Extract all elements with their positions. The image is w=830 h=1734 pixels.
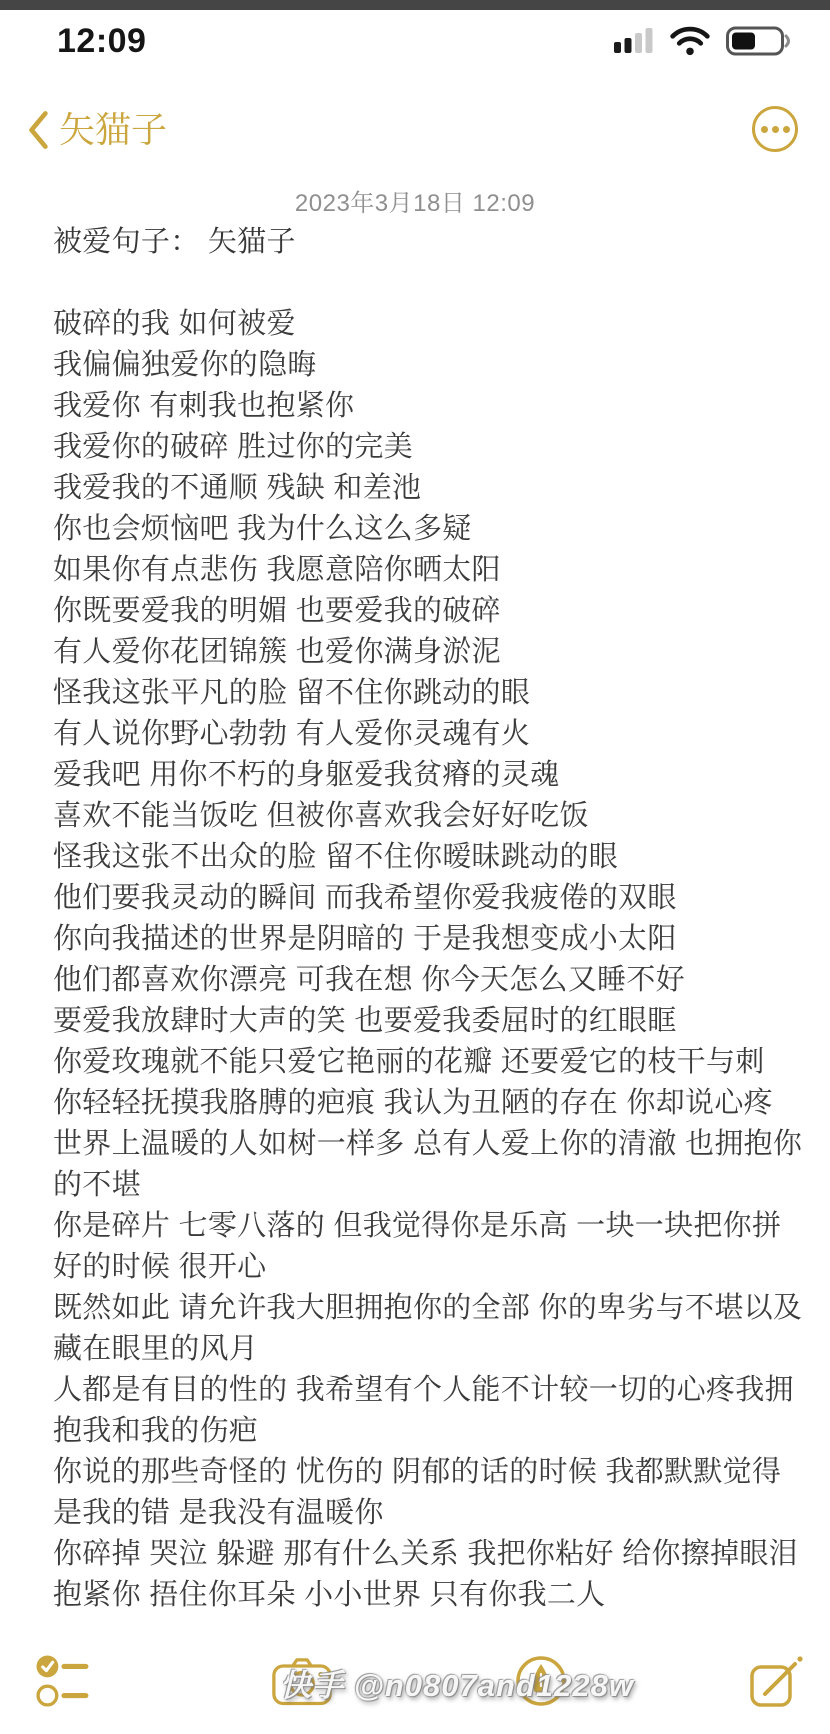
nav-bar: 矢猫子 bbox=[0, 100, 830, 160]
ellipsis-circle-icon bbox=[761, 126, 768, 133]
back-button-label: 矢猫子 bbox=[59, 102, 167, 158]
note-title: 被爱句子： 矢猫子 bbox=[53, 222, 805, 263]
note-line: 他们要我灵动的瞬间 而我希望你爱我疲倦的双眼 bbox=[53, 878, 805, 919]
note-line: 世界上温暖的人如树一样多 总有人爱上你的清澈 也拥抱你的不堪 bbox=[53, 1124, 805, 1206]
note-line: 我爱你的破碎 胜过你的完美 bbox=[53, 427, 805, 468]
checklist-button[interactable] bbox=[36, 1655, 90, 1707]
note-line: 我爱我的不通顺 残缺 和差池 bbox=[53, 468, 805, 509]
status-icons bbox=[614, 26, 792, 56]
note-line: 你也会烦恼吧 我为什么这么多疑 bbox=[53, 509, 805, 550]
note-line: 你说的那些奇怪的 忧伤的 阴郁的话的时候 我都默默觉得是我的错 是我没有温暖你 bbox=[53, 1452, 805, 1534]
status-bar: 12:09 bbox=[0, 12, 830, 70]
note-line: 人都是有目的性的 我希望有个人能不计较一切的心疼我拥抱我和我的伤疤 bbox=[53, 1370, 805, 1452]
compose-icon bbox=[749, 1654, 803, 1708]
kuaishou-watermark: 快手 @n0807and1228w bbox=[280, 1660, 634, 1705]
note-line: 既然如此 请允许我大胆拥抱你的全部 你的卑劣与不堪以及藏在眼里的风月 bbox=[53, 1288, 805, 1370]
note-line: 你爱玫瑰就不能只爱它艳丽的花瓣 还要爱它的枝干与刺 bbox=[53, 1042, 805, 1083]
screen-top-strip bbox=[0, 0, 830, 10]
note-line: 我偏偏独爱你的隐晦 bbox=[53, 345, 805, 386]
battery-icon bbox=[726, 26, 792, 56]
note-body: 破碎的我 如何被爱我偏偏独爱你的隐晦我爱你 有刺我也抱紧你我爱你的破碎 胜过你的… bbox=[53, 304, 805, 1616]
note-line: 怪我这张平凡的脸 留不住你跳动的眼 bbox=[53, 673, 805, 714]
note-line: 喜欢不能当饭吃 但被你喜欢我会好好吃饭 bbox=[53, 796, 805, 837]
note-line: 有人说你野心勃勃 有人爱你灵魂有火 bbox=[53, 714, 805, 755]
note-line: 你是碎片 七零八落的 但我觉得你是乐高 一块一块把你拼好的时候 很开心 bbox=[53, 1206, 805, 1288]
note-line: 他们都喜欢你漂亮 可我在想 你今天怎么又睡不好 bbox=[53, 960, 805, 1001]
note-line: 我爱你 有刺我也抱紧你 bbox=[53, 386, 805, 427]
note-line: 要爱我放肆时大声的笑 也要爱我委屈时的红眼眶 bbox=[53, 1001, 805, 1042]
more-button[interactable] bbox=[752, 106, 798, 152]
compose-button[interactable] bbox=[749, 1654, 803, 1708]
chevron-left-icon bbox=[26, 107, 50, 153]
note-line: 你碎掉 哭泣 躲避 那有什么关系 我把你粘好 给你擦掉眼泪 抱紧你 捂住你耳朵 … bbox=[53, 1534, 805, 1616]
note-line: 破碎的我 如何被爱 bbox=[53, 304, 805, 345]
note-line: 有人爱你花团锦簇 也爱你满身淤泥 bbox=[53, 632, 805, 673]
checklist-icon bbox=[36, 1655, 90, 1707]
note-date: 2023年3月18日 12:09 bbox=[0, 183, 830, 218]
status-time: 12:09 bbox=[57, 22, 146, 61]
note-line: 你向我描述的世界是阴暗的 于是我想变成小太阳 bbox=[53, 919, 805, 960]
note-line: 你既要爱我的明媚 也要爱我的破碎 bbox=[53, 591, 805, 632]
cellular-signal-icon bbox=[614, 26, 654, 56]
note-line: 如果你有点悲伤 我愿意陪你晒太阳 bbox=[53, 550, 805, 591]
note-line: 怪我这张不出众的脸 留不住你暧昧跳动的眼 bbox=[53, 837, 805, 878]
note-line: 爱我吧 用你不朽的身躯爱我贫瘠的灵魂 bbox=[53, 755, 805, 796]
note-line: 你轻轻抚摸我胳膊的疤痕 我认为丑陋的存在 你却说心疼 bbox=[53, 1083, 805, 1124]
note-editor[interactable]: 被爱句子： 矢猫子 破碎的我 如何被爱我偏偏独爱你的隐晦我爱你 有刺我也抱紧你我… bbox=[53, 222, 805, 1616]
wifi-icon bbox=[669, 26, 711, 56]
back-button[interactable]: 矢猫子 bbox=[26, 102, 167, 158]
